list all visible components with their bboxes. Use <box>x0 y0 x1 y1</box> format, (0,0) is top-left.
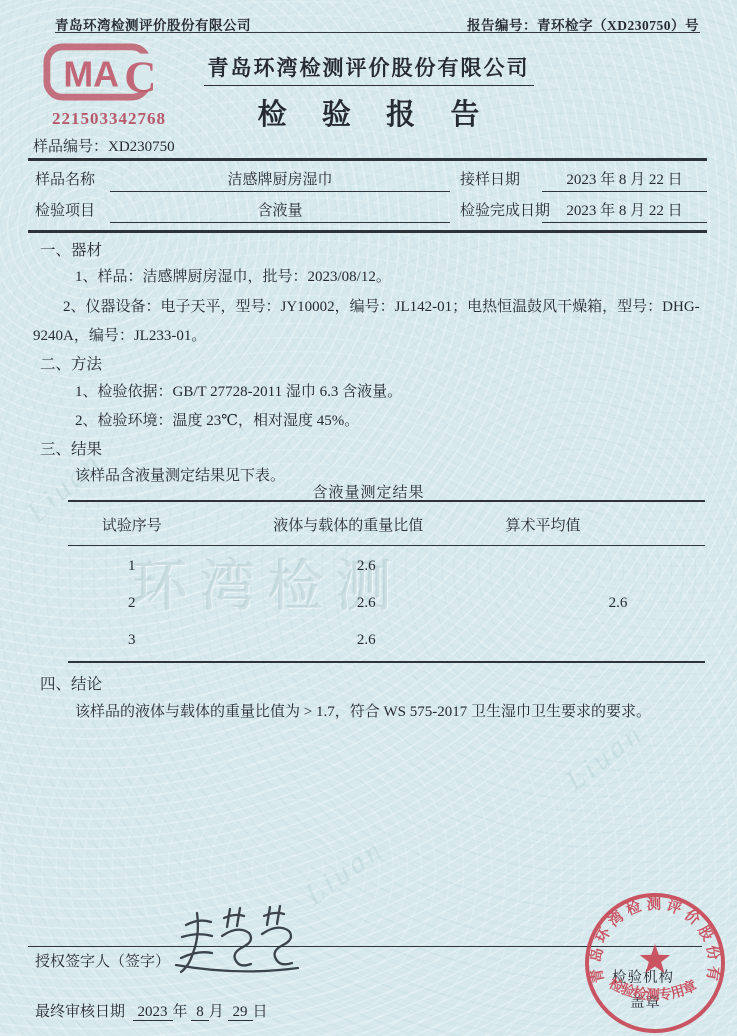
section-2-item-1: 1、检验依据：GB/T 27728-2011 湿巾 6.3 含液量。 <box>75 378 402 407</box>
year-unit: 年 <box>173 1004 188 1020</box>
authorized-signer-label: 授权签字人（签字） <box>35 950 170 971</box>
final-review-label: 最终审核日期 <box>35 1004 125 1020</box>
average-cell: 2.6 <box>516 595 720 612</box>
star-icon <box>640 944 670 973</box>
official-seal-stamp: 青岛环湾检测评价股份有限公司 检验检测专用章 <box>580 888 730 1036</box>
cma-number: 221503342768 <box>52 109 172 129</box>
conclusion-text: 该样品的液体与载体的重量比值为 > 1.7，符合 WS 575-2017 卫生湿… <box>75 698 651 727</box>
ratio-cell: 2.6 <box>213 595 519 612</box>
col-header-test-no: 试验序号 <box>68 514 195 535</box>
test-item-value: 含液量 <box>110 199 450 223</box>
result-table-body: 1 2.6 2 2.6 2.6 3 2.6 <box>68 546 705 661</box>
svg-text:MA: MA <box>63 55 119 95</box>
result-table-header: 试验序号 液体与载体的重量比值 算术平均值 <box>68 502 705 546</box>
sample-number-row: 样品编号：XD230750 <box>33 135 175 156</box>
diagonal-watermark: Liuan <box>299 832 392 912</box>
section-4-title: 四、结论 <box>40 670 102 699</box>
table-row: 2 2.6 2.6 <box>68 585 705 622</box>
sample-name-value: 洁感牌厨房湿巾 <box>110 168 450 192</box>
section-2-title: 二、方法 <box>40 350 102 379</box>
header-company-name: 青岛环湾检测评价股份有限公司 <box>55 14 251 34</box>
finish-date-label: 检验完成日期 <box>450 199 542 223</box>
report-title: 检 验 报 告 <box>244 92 494 133</box>
table-row: 样品名称 洁感牌厨房湿巾 接样日期 2023 年 8 月 22 日 <box>28 161 707 192</box>
result-table: 试验序号 液体与载体的重量比值 算术平均值 1 2.6 2 2.6 2.6 3 … <box>68 500 705 663</box>
table-row: 3 2.6 <box>68 622 705 659</box>
cma-logo-icon: MA C <box>42 42 164 102</box>
svg-text:青岛环湾检测评价股份有限公司: 青岛环湾检测评价股份有限公司 <box>580 888 723 985</box>
section-3-title: 三、结果 <box>40 435 102 464</box>
sample-name-label: 样品名称 <box>28 168 110 192</box>
table-row: 1 2.6 <box>68 548 705 585</box>
section-3-intro: 该样品含液量测定结果见下表。 <box>75 462 285 491</box>
col-header-average: 算术平均值 <box>441 514 645 535</box>
header-rule <box>55 32 700 33</box>
review-year: 2023 <box>133 1004 173 1021</box>
svg-text:检验检测专用章: 检验检测专用章 <box>606 975 699 1004</box>
table-row: 检验项目 含液量 检验完成日期 2023 年 8 月 22 日 <box>28 192 707 223</box>
test-item-label: 检验项目 <box>28 199 110 223</box>
receive-date-label: 接样日期 <box>450 168 542 192</box>
stamp-bottom-text: 检验检测专用章 <box>606 975 699 1004</box>
ratio-cell: 2.6 <box>213 632 519 649</box>
final-review-date-row: 最终审核日期 2023年 8月 29日 <box>35 1000 268 1021</box>
inspection-report-page: 环湾检测 Liuan Liuan Liuan 青岛环湾检测评价股份有限公司 报告… <box>0 0 737 1036</box>
month-unit: 月 <box>209 1004 224 1020</box>
finish-date-value: 2023 年 8 月 22 日 <box>542 199 707 223</box>
day-unit: 日 <box>253 1004 268 1020</box>
review-month: 8 <box>191 1004 209 1021</box>
section-1-item-2: 2、仪器设备：电子天平，型号：JY10002，编号：JL142-01；电热恒温鼓… <box>33 293 709 351</box>
header-report-number: 报告编号：青环检字（XD230750）号 <box>467 14 699 34</box>
section-2-item-2: 2、检验环境：温度 23℃，相对湿度 45%。 <box>75 407 359 436</box>
stamp-company-text: 青岛环湾检测评价股份有限公司 <box>580 888 723 985</box>
section-1-item-1: 1、样品：洁感牌厨房湿巾，批号：2023/08/12。 <box>75 263 391 292</box>
sample-info-table: 样品名称 洁感牌厨房湿巾 接样日期 2023 年 8 月 22 日 检验项目 含… <box>28 158 707 233</box>
test-no-cell: 1 <box>68 558 195 575</box>
section-1-title: 一、器材 <box>40 236 102 265</box>
diagonal-watermark: Liuan <box>559 716 651 798</box>
sample-number-label: 样品编号： <box>33 139 108 155</box>
test-no-cell: 3 <box>68 632 195 649</box>
sample-number-value: XD230750 <box>108 139 175 155</box>
cma-mark: MA C 221503342768 <box>42 42 172 129</box>
receive-date-value: 2023 年 8 月 22 日 <box>542 168 707 192</box>
handwritten-signature <box>172 903 304 991</box>
ratio-cell: 2.6 <box>213 558 519 575</box>
svg-text:C: C <box>124 51 156 101</box>
result-table-title: 含液量测定结果 <box>312 481 424 502</box>
test-no-cell: 2 <box>68 595 195 612</box>
company-title: 青岛环湾检测评价股份有限公司 <box>204 52 534 86</box>
review-day: 29 <box>228 1004 253 1021</box>
